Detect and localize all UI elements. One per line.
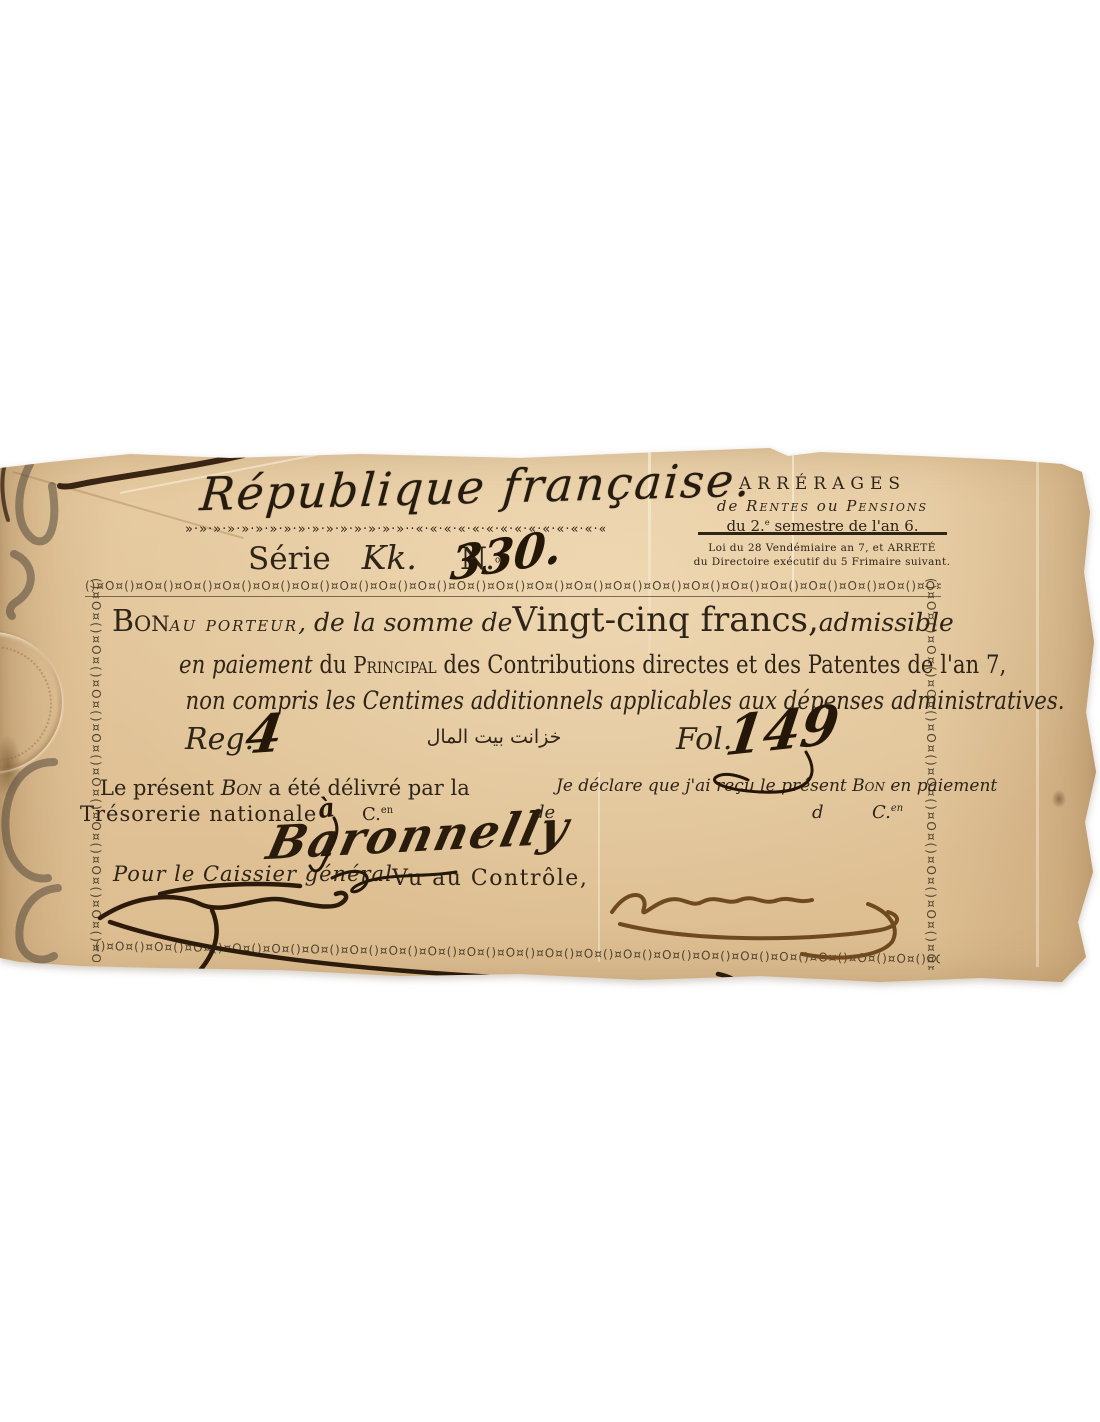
scanned-document-page: République française. »·»·»·»·»·»·»·»·»·…	[0, 0, 1100, 1422]
ink-strokes-overlay	[0, 442, 1098, 990]
caissier-flourish	[332, 871, 456, 891]
controller-signature	[612, 895, 897, 958]
paper-sheet: République française. »·»·»·»·»·»·»·»·»·…	[0, 442, 1098, 990]
top-ink-stroke	[2, 452, 256, 520]
marginalia-ink	[5, 464, 58, 960]
a-flourish-stroke	[310, 818, 337, 871]
cashier-signature	[100, 884, 735, 990]
bond-paper: République française. »·»·»·»·»·»·»·»·»·…	[0, 442, 1098, 990]
fol-flourish-stroke	[714, 752, 812, 792]
